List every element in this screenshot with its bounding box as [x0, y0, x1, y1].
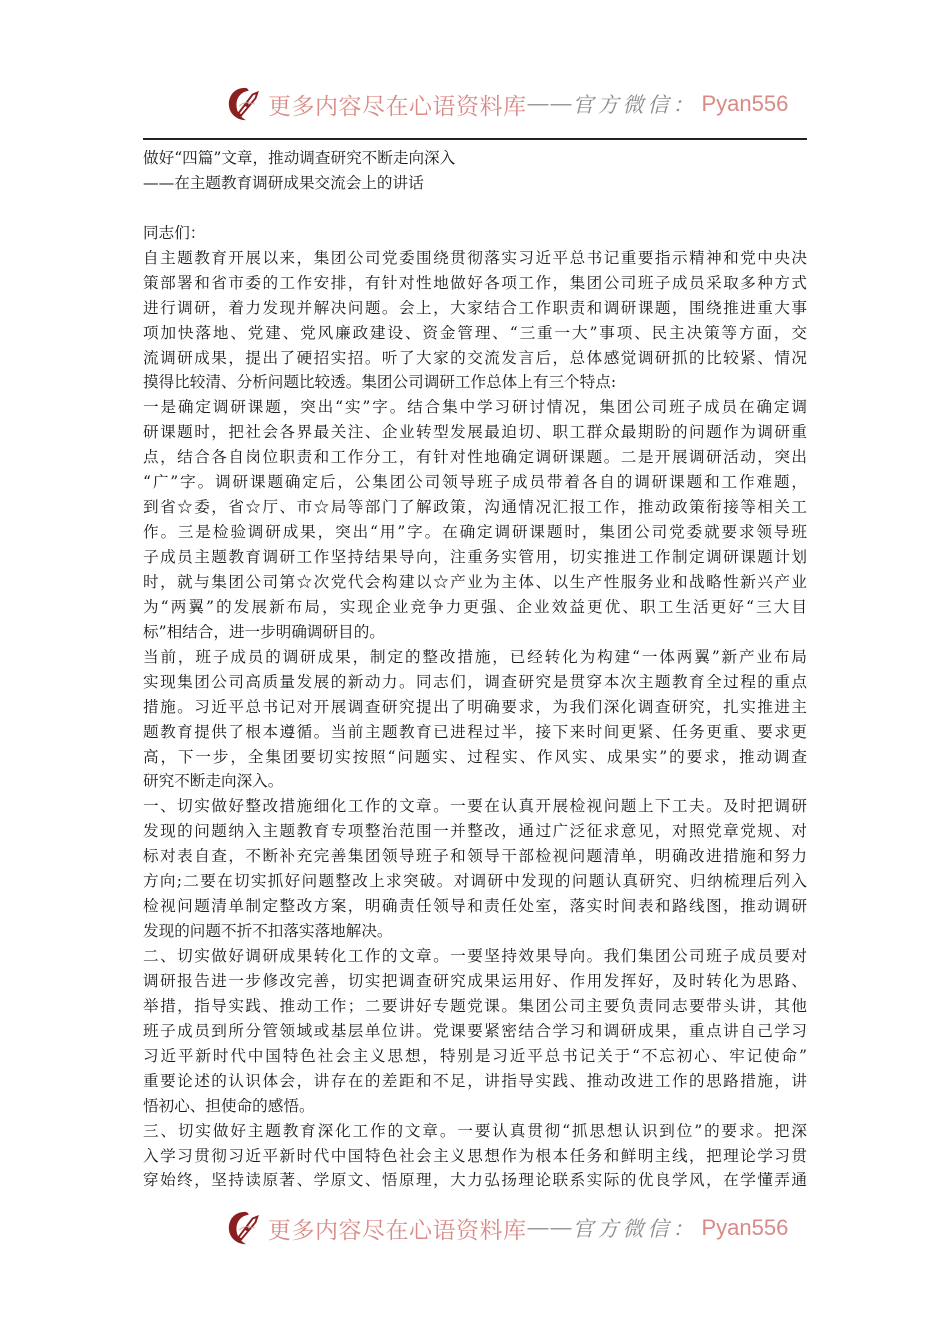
salutation: 同志们：: [143, 221, 807, 246]
spacer: [143, 196, 807, 221]
text-line: 调研报告进一步修改完善，切实把调查研究成果运用好、作用发挥好，及时转化为思路、: [143, 969, 807, 994]
paragraph-section-3: 三、切实做好主题教育深化工作的文章。一要认真贯彻“抓思想认识到位”的要求。把深 …: [143, 1119, 807, 1194]
text-line: 检视问题清单制定整改方案，明确责任领导和责任处室，落实时间表和路线图，推动调研: [143, 894, 807, 919]
document-subtitle: ——在主题教育调研成果交流会上的讲话: [143, 171, 807, 196]
paragraph-current: 当前，班子成员的调研成果，制定的整改措施，已经转化为构建“一体两翼”新产业布局 …: [143, 645, 807, 795]
header-rule: [143, 138, 807, 140]
text-line: 流调研成果，提出了硬招实招。听了大家的交流发言后，总体感觉调研抓的比较紧、情况: [143, 346, 807, 371]
text-line: 摸得比较清、分析问题比较透。集团公司调研工作总体上有三个特点:: [143, 370, 807, 395]
text-line: 研课题时，把社会各界最关注、企业转型发展最迫切、职工群众最期盼的问题作为调研重: [143, 420, 807, 445]
text-line: 穿始终，坚持读原著、学原文、悟原理，大力弘扬理论联系实际的优良学风，在学懂弄通: [143, 1168, 807, 1193]
text-line: 当前，班子成员的调研成果，制定的整改措施，已经转化为构建“一体两翼”新产业布局: [143, 645, 807, 670]
text-line: 策部署和省市委的工作安排，有针对性地做好各项工作，集团公司班子成员采取多种方式: [143, 271, 807, 296]
text-line: 一是确定调研课题，突出“实”字。结合集中学习研讨情况，集团公司班子成员在确定调: [143, 395, 807, 420]
banner-wechat-id: Pyan556: [702, 1215, 789, 1241]
paragraph-section-1: 一、切实做好整改措施细化工作的文章。一要在认真开展检视问题上下工夫。及时把调研 …: [143, 794, 807, 944]
document-body: 做好“四篇”文章，推动调查研究不断走向深入 ——在主题教育调研成果交流会上的讲话…: [143, 146, 807, 1193]
text-line: 自主题教育开展以来，集团公司党委围绕贯彻落实习近平总书记重要指示精神和党中央决: [143, 246, 807, 271]
text-line: 标对表自查，不断补充完善集团领导班子和领导干部检视问题清单，明确改进措施和努力: [143, 844, 807, 869]
text-line: 点，结合各自岗位职责和工作分工，有针对性地确定调研课题。二是开展调研活动，突出: [143, 445, 807, 470]
paragraph-section-2: 二、切实做好调研成果转化工作的文章。一要坚持效果导向。我们集团公司班子成员要对 …: [143, 944, 807, 1119]
text-line: 发现的问题不折不扣落实落地解决。: [143, 919, 807, 944]
text-line: “广”字。调研课题确定后，公集团公司领导班子成员带着各自的调研课题和工作难题，: [143, 470, 807, 495]
banner-slogan: 更多内容尽在心语资料库: [268, 88, 527, 121]
document-title: 做好“四篇”文章，推动调查研究不断走向深入: [143, 146, 807, 171]
text-line: 时，就与集团公司第☆次党代会构建以☆产业为主体、以生产性服务业和战略性新兴产业: [143, 570, 807, 595]
paragraph-intro: 自主题教育开展以来，集团公司党委围绕贯彻落实习近平总书记重要指示精神和党中央决 …: [143, 246, 807, 396]
text-line: 题教育提供了根本遵循。当前主题教育已进程过半，接下来时间更紧、任务更重、要求更: [143, 720, 807, 745]
banner-slogan: 更多内容尽在心语资料库: [268, 1212, 527, 1245]
text-line: 发现的问题纳入主题教育专项整治范围一并整改，通过广泛征求意见，对照党章党规、对: [143, 819, 807, 844]
text-line: 班子成员到所分管领域或基层单位讲。党课要紧密结合学习和调研成果，重点讲自己学习: [143, 1019, 807, 1044]
text-line: 研究不断走向深入。: [143, 769, 807, 794]
quill-pen-logo-icon: [226, 1209, 264, 1247]
text-line: 措施。习近平总书记对开展调查研究提出了明确要求，为我们深化调查研究，扎实推进主: [143, 695, 807, 720]
banner-wechat-label: 官方微信：: [573, 89, 698, 119]
quill-pen-logo-icon: [226, 85, 264, 123]
text-line: 项加快落地、党建、党风廉政建设、资金管理、“三重一大”事项、民主决策等方面，交: [143, 321, 807, 346]
banner-wechat-label: 官方微信：: [573, 1213, 698, 1243]
text-line: 方向;二要在切实抓好问题整改上求突破。对调研中发现的问题认真研究、归纳梳理后列入: [143, 869, 807, 894]
banner-dash: ——: [527, 1215, 573, 1241]
text-line: 重要论述的认识体会，讲存在的差距和不足，讲指导实践、推动改进工作的思路措施，讲: [143, 1069, 807, 1094]
text-line: 实现集团公司高质量发展的新动力。同志们，调查研究是贯穿本次主题教育全过程的重点: [143, 670, 807, 695]
text-line: 高，下一步，全集团要切实按照“问题实、过程实、作风实、成果实”的要求，推动调查: [143, 745, 807, 770]
text-line: 子成员主题教育调研工作坚持结果导向，注重务实管用，切实推进工作制定调研课题计划: [143, 545, 807, 570]
paragraph-three-features: 一是确定调研课题，突出“实”字。结合集中学习研讨情况，集团公司班子成员在确定调 …: [143, 395, 807, 644]
text-line: 习近平新时代中国特色社会主义思想，特别是习近平总书记关于“不忘初心、牢记使命”: [143, 1044, 807, 1069]
text-line: 到省☆委，省☆厅、市☆局等部门了解政策，沟通情况汇报工作，推动政策衔接等相关工: [143, 495, 807, 520]
text-line: 一、切实做好整改措施细化工作的文章。一要在认真开展检视问题上下工夫。及时把调研: [143, 794, 807, 819]
text-line: 标”相结合，进一步明确调研目的。: [143, 620, 807, 645]
text-line: 二、切实做好调研成果转化工作的文章。一要坚持效果导向。我们集团公司班子成员要对: [143, 944, 807, 969]
text-line: 进行调研，着力发现并解决问题。会上，大家结合工作职责和调研课题，围绕推进重大事: [143, 296, 807, 321]
header-banner: 更多内容尽在心语资料库 —— 官方微信： Pyan556: [226, 82, 788, 126]
text-line: 举措，指导实践、推动工作；二要讲好专题党课。集团公司主要负责同志要带头讲，其他: [143, 994, 807, 1019]
footer-banner: 更多内容尽在心语资料库 —— 官方微信： Pyan556: [226, 1206, 788, 1250]
text-line: 作。三是检验调研成果，突出“用”字。在确定调研课题时，集团公司党委就要求领导班: [143, 520, 807, 545]
banner-wechat-id: Pyan556: [702, 91, 789, 117]
banner-dash: ——: [527, 91, 573, 117]
text-line: 为“两翼”的发展新布局，实现企业竞争力更强、企业效益更优、职工生活更好“三大目: [143, 595, 807, 620]
text-line: 入学习贯彻习近平新时代中国特色社会主义思想作为根本任务和鲜明主线，把理论学习贯: [143, 1144, 807, 1169]
text-line: 悟初心、担使命的感悟。: [143, 1094, 807, 1119]
text-line: 三、切实做好主题教育深化工作的文章。一要认真贯彻“抓思想认识到位”的要求。把深: [143, 1119, 807, 1144]
